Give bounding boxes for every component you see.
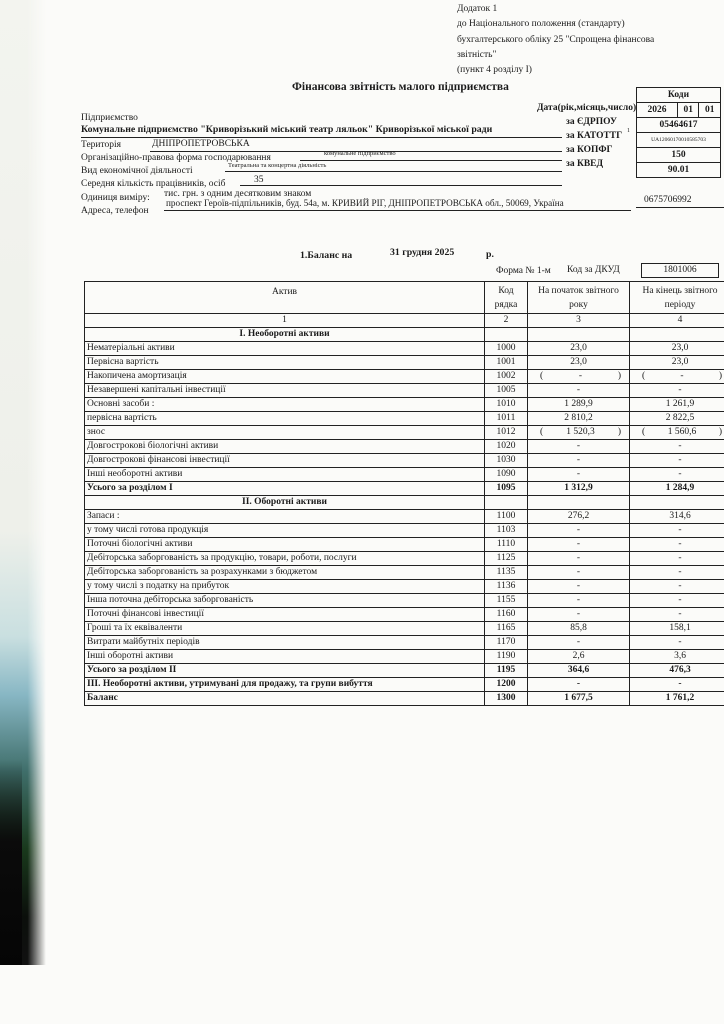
row-end-value: 2 822,5 <box>630 412 724 426</box>
form-label: Форма № 1-м <box>496 266 551 276</box>
table-row: Поточні біологічні активи1110-- <box>85 538 724 552</box>
row-label: Усього за розділом II <box>85 664 485 678</box>
row-end-value: - <box>630 608 724 622</box>
address-value: проспект Героїв-підпільників, буд. 54а, … <box>166 198 564 208</box>
row-code: 1020 <box>485 440 528 454</box>
edrpou-label: за ЄДРПОУ <box>566 117 617 127</box>
row-code: 1090 <box>485 468 528 482</box>
row-end-value: - <box>630 566 724 580</box>
unit-label: Одиниця виміру: <box>81 193 150 203</box>
row-end-value: - <box>630 384 724 398</box>
row-start-value: - <box>528 440 630 454</box>
row-start-value: 276,2 <box>528 510 630 524</box>
row-label: Інші необоротні активи <box>85 468 485 482</box>
row-end-value: 314,6 <box>630 510 724 524</box>
activity-underline <box>225 171 562 172</box>
row-label: Усього за розділом I <box>85 482 485 496</box>
row-code: 1100 <box>485 510 528 524</box>
row-end-value: 158,1 <box>630 622 724 636</box>
section-row: I. Необоротні активи <box>85 328 724 342</box>
col-number: 2 <box>485 314 528 328</box>
appendix-line: (пункт 4 розділу I) <box>457 63 654 78</box>
negative-value: - <box>680 370 683 383</box>
row-code: 1011 <box>485 412 528 426</box>
row-start-value: - <box>528 468 630 482</box>
balance-title: 1.Баланс на <box>300 250 352 261</box>
row-end-value: - <box>630 538 724 552</box>
row-start-value: - <box>528 608 630 622</box>
empty-cell <box>528 496 630 510</box>
row-end-value: 476,3 <box>630 664 724 678</box>
row-label: Дебіторська заборгованість за розрахунка… <box>85 566 485 580</box>
row-end-value: - <box>630 678 724 692</box>
header-code: Код рядка <box>485 282 528 314</box>
table-row: Нематеріальні активи100023,023,0 <box>85 342 724 356</box>
header-start: На початок звітного року <box>528 282 630 314</box>
address-underline <box>164 210 631 211</box>
row-code: 1001 <box>485 356 528 370</box>
row-start-value: - <box>528 566 630 580</box>
table-row: Інші необоротні активи1090-- <box>85 468 724 482</box>
empty-cell <box>485 328 528 342</box>
table-row: Усього за розділом II1195364,6476,3 <box>85 664 724 678</box>
row-code: 1200 <box>485 678 528 692</box>
balance-date-suffix: р. <box>486 249 494 260</box>
section-title: II. Оборотні активи <box>85 496 485 510</box>
row-label: Довгострокові фінансові інвестиції <box>85 454 485 468</box>
row-code: 1000 <box>485 342 528 356</box>
katottg-code: UA12060170010585703 <box>637 133 721 148</box>
row-end-value: 1 261,9 <box>630 398 724 412</box>
table-row: Баланс13001 677,51 761,2 <box>85 692 724 706</box>
territory-value: ДНІПРОПЕТРОВСЬКА <box>152 139 250 149</box>
legal-form-underline <box>300 160 562 161</box>
table-row: Витрати майбутніх періодів1170-- <box>85 636 724 650</box>
row-code: 1195 <box>485 664 528 678</box>
section-row: II. Оборотні активи <box>85 496 724 510</box>
table-row: Первісна вартість100123,023,0 <box>85 356 724 370</box>
date-day: 01 <box>699 103 721 118</box>
open-paren: ( <box>540 426 543 439</box>
row-end-value: 23,0 <box>630 356 724 370</box>
row-label: Довгострокові біологічні активи <box>85 440 485 454</box>
table-row: Гроші та їх еквіваленти116585,8158,1 <box>85 622 724 636</box>
row-end-value: 1 761,2 <box>630 692 724 706</box>
edrpou-code: 05464617 <box>637 118 721 133</box>
empty-cell <box>630 496 724 510</box>
row-end-value: - <box>630 440 724 454</box>
row-code: 1165 <box>485 622 528 636</box>
row-start-value: (-) <box>528 370 630 384</box>
table-row: III. Необоротні активи, утримувані для п… <box>85 678 724 692</box>
employees-underline <box>240 185 562 186</box>
row-label: Інші оборотні активи <box>85 650 485 664</box>
enterprise-name: Комунальне підприємство "Криворізький мі… <box>81 124 492 135</box>
row-start-value: - <box>528 538 630 552</box>
scan-artifact-dark <box>0 760 22 965</box>
row-label: Нематеріальні активи <box>85 342 485 356</box>
row-label: Основні засоби : <box>85 398 485 412</box>
open-paren: ( <box>540 370 543 383</box>
enterprise-underline <box>81 137 562 138</box>
appendix-line: Додаток 1 <box>457 2 654 17</box>
row-start-value: 23,0 <box>528 356 630 370</box>
row-start-value: 85,8 <box>528 622 630 636</box>
row-start-value: 2,6 <box>528 650 630 664</box>
row-start-value: - <box>528 678 630 692</box>
header-end: На кінець звітного періоду <box>630 282 724 314</box>
row-start-value: - <box>528 524 630 538</box>
row-label: у тому числі готова продукція <box>85 524 485 538</box>
row-code: 1135 <box>485 566 528 580</box>
katottg-note: 1 <box>627 128 630 134</box>
row-end-value: (-) <box>630 370 724 384</box>
table-row: Інші оборотні активи11902,63,6 <box>85 650 724 664</box>
appendix-line: до Національного положення (стандарту) <box>457 17 654 32</box>
employees-value: 35 <box>254 175 264 185</box>
table-row: первісна вартість10112 810,22 822,5 <box>85 412 724 426</box>
row-code: 1160 <box>485 608 528 622</box>
row-label: первісна вартість <box>85 412 485 426</box>
empty-cell <box>528 328 630 342</box>
row-code: 1300 <box>485 692 528 706</box>
balance-rows: I. Необоротні активиНематеріальні активи… <box>85 328 724 706</box>
col-number: 3 <box>528 314 630 328</box>
row-label: Баланс <box>85 692 485 706</box>
codes-table: Коди 2026 01 01 05464617 UA1206017001058… <box>636 87 721 178</box>
table-row: Поточні фінансові інвестиції1160-- <box>85 608 724 622</box>
row-label: III. Необоротні активи, утримувані для п… <box>85 678 485 692</box>
page-title: Фінансова звітність малого підприємства <box>292 81 509 93</box>
balance-date: 31 грудня 2025 <box>390 247 454 258</box>
row-end-value: - <box>630 580 724 594</box>
row-code: 1095 <box>485 482 528 496</box>
close-paren: ) <box>618 426 621 439</box>
row-label: Поточні біологічні активи <box>85 538 485 552</box>
row-end-value: - <box>630 524 724 538</box>
row-code: 1005 <box>485 384 528 398</box>
row-label: у тому числі з податку на прибуток <box>85 580 485 594</box>
row-start-value: - <box>528 580 630 594</box>
row-start-value: - <box>528 384 630 398</box>
col-number: 1 <box>85 314 485 328</box>
row-start-value: - <box>528 636 630 650</box>
codes-header: Коди <box>637 88 721 103</box>
row-start-value: 1 677,5 <box>528 692 630 706</box>
table-row: Усього за розділом I10951 312,91 284,9 <box>85 482 724 496</box>
table-row: Інша поточна дебіторська заборгованість1… <box>85 594 724 608</box>
table-row: Дебіторська заборгованість за продукцію,… <box>85 552 724 566</box>
col-number: 4 <box>630 314 724 328</box>
table-row: Довгострокові фінансові інвестиції1030-- <box>85 454 724 468</box>
table-row: Запаси :1100276,2314,6 <box>85 510 724 524</box>
row-end-value: 3,6 <box>630 650 724 664</box>
row-start-value: 1 312,9 <box>528 482 630 496</box>
row-label: Витрати майбутніх періодів <box>85 636 485 650</box>
row-code: 1012 <box>485 426 528 440</box>
row-start-value: 1 289,9 <box>528 398 630 412</box>
kved-code: 90.01 <box>637 163 721 178</box>
date-month: 01 <box>677 103 698 118</box>
row-end-value: - <box>630 636 724 650</box>
row-end-value: 1 284,9 <box>630 482 724 496</box>
row-code: 1002 <box>485 370 528 384</box>
negative-value: 1 520,3 <box>566 426 595 439</box>
employees-label: Середня кількість працівників, осіб <box>81 179 225 189</box>
open-paren: ( <box>642 370 645 383</box>
row-label: Запаси : <box>85 510 485 524</box>
row-label: Незавершені капітальні інвестиції <box>85 384 485 398</box>
table-row: Дебіторська заборгованість за розрахунка… <box>85 566 724 580</box>
table-row: Основні засоби :10101 289,91 261,9 <box>85 398 724 412</box>
row-code: 1010 <box>485 398 528 412</box>
table-row: Накопичена амортизація1002(-)(-) <box>85 370 724 384</box>
date-year: 2026 <box>637 103 678 118</box>
negative-value: - <box>579 370 582 383</box>
row-code: 1170 <box>485 636 528 650</box>
activity-value: Театральна та концертна діяльність <box>228 162 326 169</box>
date-label: Дата(рік,місяць,число) <box>537 103 636 113</box>
row-label: Накопичена амортизація <box>85 370 485 384</box>
address-label: Адреса, телефон <box>81 206 149 216</box>
table-row: у тому числі готова продукція1103-- <box>85 524 724 538</box>
row-start-value: 2 810,2 <box>528 412 630 426</box>
balance-table: Актив Код рядка На початок звітного року… <box>84 281 724 706</box>
row-end-value: (1 560,6) <box>630 426 724 440</box>
enterprise-label: Підприємство <box>81 113 138 123</box>
row-end-value: - <box>630 552 724 566</box>
legal-form-value: комунальне підприємство <box>324 150 396 157</box>
row-code: 1125 <box>485 552 528 566</box>
row-label: Дебіторська заборгованість за продукцію,… <box>85 552 485 566</box>
kved-label: за КВЕД <box>566 159 603 169</box>
appendix-line: звітність" <box>457 48 654 63</box>
row-label: знос <box>85 426 485 440</box>
empty-cell <box>630 328 724 342</box>
row-end-value: - <box>630 468 724 482</box>
dkud-code: 1801006 <box>641 263 719 278</box>
row-code: 1190 <box>485 650 528 664</box>
kopfg-label: за КОПФГ <box>566 145 613 155</box>
phone-underline <box>636 207 724 208</box>
row-start-value: - <box>528 594 630 608</box>
activity-label: Вид економічної діяльності <box>81 166 193 176</box>
row-code: 1136 <box>485 580 528 594</box>
table-row: знос1012(1 520,3)(1 560,6) <box>85 426 724 440</box>
row-end-value: - <box>630 594 724 608</box>
close-paren: ) <box>719 370 722 383</box>
row-code: 1103 <box>485 524 528 538</box>
table-row: Незавершені капітальні інвестиції1005-- <box>85 384 724 398</box>
row-end-value: 23,0 <box>630 342 724 356</box>
negative-value: 1 560,6 <box>668 426 697 439</box>
katottg-label: за КАТОТТГ <box>566 131 622 141</box>
table-row: у тому числі з податку на прибуток1136-- <box>85 580 724 594</box>
table-row: Довгострокові біологічні активи1020-- <box>85 440 724 454</box>
territory-label: Територія <box>81 140 121 150</box>
row-start-value: (1 520,3) <box>528 426 630 440</box>
row-start-value: - <box>528 552 630 566</box>
close-paren: ) <box>618 370 621 383</box>
section-title: I. Необоротні активи <box>85 328 485 342</box>
row-code: 1110 <box>485 538 528 552</box>
row-label: Поточні фінансові інвестиції <box>85 608 485 622</box>
appendix-note: Додаток 1 до Національного положення (ст… <box>457 2 654 78</box>
header-asset: Актив <box>85 282 485 314</box>
row-code: 1030 <box>485 454 528 468</box>
empty-cell <box>485 496 528 510</box>
row-label: Гроші та їх еквіваленти <box>85 622 485 636</box>
open-paren: ( <box>642 426 645 439</box>
appendix-line: бухгалтерського обліку 25 "Спрощена фіна… <box>457 33 654 48</box>
phone-value: 0675706992 <box>644 195 692 205</box>
close-paren: ) <box>719 426 722 439</box>
row-start-value: 23,0 <box>528 342 630 356</box>
row-label: Первісна вартість <box>85 356 485 370</box>
row-end-value: - <box>630 454 724 468</box>
dkud-label: Код за ДКУД <box>567 265 620 275</box>
row-label: Інша поточна дебіторська заборгованість <box>85 594 485 608</box>
row-start-value: - <box>528 454 630 468</box>
row-code: 1155 <box>485 594 528 608</box>
kopfg-code: 150 <box>637 148 721 163</box>
row-start-value: 364,6 <box>528 664 630 678</box>
